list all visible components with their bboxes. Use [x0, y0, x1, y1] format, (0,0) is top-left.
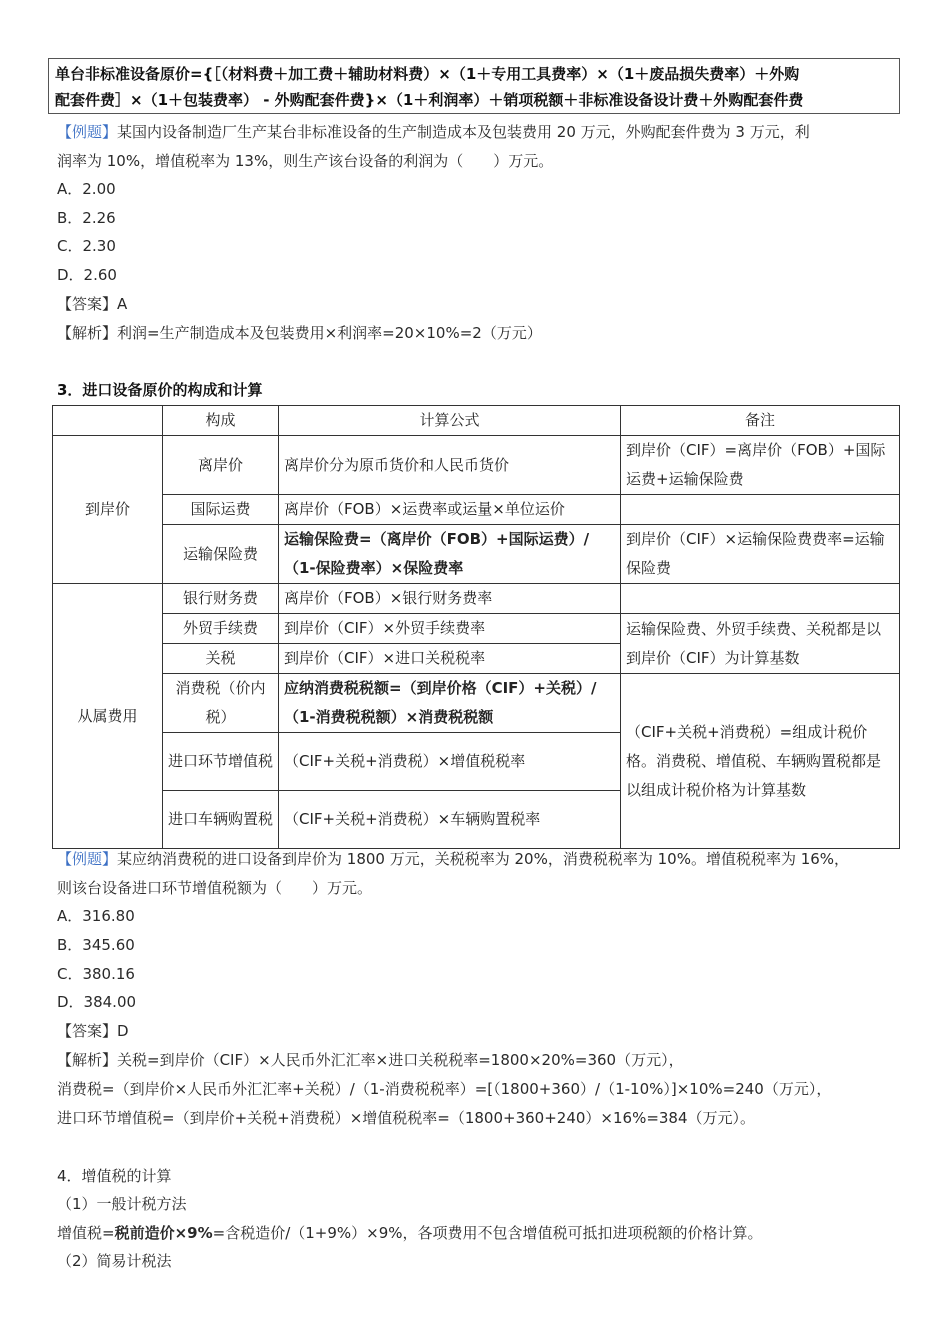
answer: 【答案】A: [57, 290, 127, 319]
section4-sub2: （2）简易计税法: [57, 1247, 172, 1276]
table-row: 消费税（价内税） 应纳消费税税额=（到岸价格（CIF）+关税）/（1-消费税税额…: [53, 674, 900, 733]
item-cell: 进口车辆购置税: [163, 791, 279, 849]
item-cell: 消费税（价内税）: [163, 674, 279, 733]
example2-text-1: 某应纳消费税的进口设备到岸价为 1800 万元，关税税率为 20%，消费税税率为…: [117, 850, 849, 868]
example-tag: 【例题】: [57, 123, 117, 141]
note-cell: [621, 584, 900, 614]
analysis: 【解析】利润=生产制造成本及包装费用×利润率=20×10%=2（万元）: [57, 319, 542, 348]
vat-formula-prefix: 增值税=: [57, 1224, 115, 1242]
item-cell: 运输保险费: [163, 525, 279, 584]
option-c: C．380.16: [57, 960, 135, 989]
formula-cell: 离岸价分为原币货价和人民币货价: [279, 436, 621, 495]
header-cell: [53, 406, 163, 436]
formula-cell: 到岸价（CIF）×进口关税税率: [279, 644, 621, 674]
item-cell: 国际运费: [163, 495, 279, 525]
table-row: 从属费用 银行财务费 离岸价（FOB）×银行财务费率: [53, 584, 900, 614]
example1-question-line2: 润率为 10%，增值税率为 13%，则生产该台设备的利润为（ ）万元。: [57, 147, 553, 176]
option-b: B．345.60: [57, 931, 135, 960]
item-cell: 进口环节增值税: [163, 733, 279, 791]
formula-cell: 离岸价（FOB）×运费率或运量×单位运价: [279, 495, 621, 525]
example2-question-line1: 【例题】某应纳消费税的进口设备到岸价为 1800 万元，关税税率为 20%，消费…: [57, 845, 849, 874]
analysis-line-3: 进口环节增值税=（到岸价+关税+消费税）×增值税税率=（1800+360+240…: [57, 1104, 755, 1133]
analysis-line-2: 消费税=（到岸价×人民币外汇汇率+关税）/（1-消费税税率）=[（1800+36…: [57, 1075, 831, 1104]
group-label: 从属费用: [53, 584, 163, 849]
section4-heading: 4．增值税的计算: [57, 1162, 172, 1191]
vat-formula-suffix: =含税造价/（1+9%）×9%，各项费用不包含增值税可抵扣进项税额的价格计算。: [213, 1224, 763, 1242]
item-cell: 外贸手续费: [163, 614, 279, 644]
formula-cell: 到岸价（CIF）×外贸手续费率: [279, 614, 621, 644]
group-label: 到岸价: [53, 436, 163, 584]
option-c: C．2.30: [57, 232, 116, 261]
note-cell: 到岸价（CIF）×运输保险费费率=运输保险费: [621, 525, 900, 584]
vat-formula: 增值税=税前造价×9%=含税造价/（1+9%）×9%，各项费用不包含增值税可抵扣…: [57, 1219, 763, 1248]
table-row: 国际运费 离岸价（FOB）×运费率或运量×单位运价: [53, 495, 900, 525]
option-d: D．2.60: [57, 261, 117, 290]
formula-cell: （CIF+关税+消费税）×车辆购置税率: [279, 791, 621, 849]
note-cell: [621, 495, 900, 525]
formula-cell: （CIF+关税+消费税）×增值税税率: [279, 733, 621, 791]
formula-cell: 运输保险费=（离岸价（FOB）+国际运费）/（1-保险费率）×保险费率: [279, 525, 621, 584]
header-cell: 备注: [621, 406, 900, 436]
item-cell: 关税: [163, 644, 279, 674]
table-row: 外贸手续费 到岸价（CIF）×外贸手续费率 运输保险费、外贸手续费、关税都是以到…: [53, 614, 900, 644]
formula-cell: 应纳消费税税额=（到岸价格（CIF）+关税）/（1-消费税税额）×消费税税额: [279, 674, 621, 733]
table-row: 到岸价 离岸价 离岸价分为原币货价和人民币货价 到岸价（CIF）=离岸价（FOB…: [53, 436, 900, 495]
note-cell: 到岸价（CIF）=离岸价（FOB）+国际运费+运输保险费: [621, 436, 900, 495]
formula-line-1: 单台非标准设备原价={［（材料费＋加工费＋辅助材料费）×（1＋专用工具费率）×（…: [55, 61, 893, 87]
note-cell: 运输保险费、外贸手续费、关税都是以到岸价（CIF）为计算基数: [621, 614, 900, 674]
option-b: B．2.26: [57, 204, 116, 233]
analysis-line-1: 【解析】关税=到岸价（CIF）×人民币外汇汇率×进口关税税率=1800×20%=…: [57, 1046, 684, 1075]
header-cell: 计算公式: [279, 406, 621, 436]
answer: 【答案】D: [57, 1017, 129, 1046]
table-row: 运输保险费 运输保险费=（离岸价（FOB）+国际运费）/（1-保险费率）×保险费…: [53, 525, 900, 584]
formula-box: 单台非标准设备原价={［（材料费＋加工费＋辅助材料费）×（1＋专用工具费率）×（…: [48, 58, 900, 114]
formula-cell: 离岸价（FOB）×银行财务费率: [279, 584, 621, 614]
note-cell: （CIF+关税+消费税）=组成计税价格。消费税、增值税、车辆购置税都是以组成计税…: [621, 674, 900, 849]
example2-question-line2: 则该台设备进口环节增值税额为（ ）万元。: [57, 874, 372, 903]
section4-sub1: （1）一般计税方法: [57, 1190, 187, 1219]
option-a: A．316.80: [57, 902, 135, 931]
example1-text-1: 某国内设备制造厂生产某台非标准设备的生产制造成本及包装费用 20 万元，外购配套…: [117, 123, 810, 141]
vat-formula-bold: 税前造价×9%: [115, 1224, 213, 1242]
option-a: A．2.00: [57, 175, 116, 204]
example1-question-line1: 【例题】某国内设备制造厂生产某台非标准设备的生产制造成本及包装费用 20 万元，…: [57, 118, 810, 147]
option-d: D．384.00: [57, 988, 136, 1017]
table-header-row: 构成 计算公式 备注: [53, 406, 900, 436]
header-cell: 构成: [163, 406, 279, 436]
formula-line-2: 配套件费］×（1＋包装费率） - 外购配套件费}×（1＋利润率）＋销项税额＋非标…: [55, 87, 893, 113]
import-equipment-table: 构成 计算公式 备注 到岸价 离岸价 离岸价分为原币货价和人民币货价 到岸价（C…: [52, 405, 900, 849]
item-cell: 银行财务费: [163, 584, 279, 614]
section3-heading: 3．进口设备原价的构成和计算: [57, 376, 262, 405]
item-cell: 离岸价: [163, 436, 279, 495]
example-tag: 【例题】: [57, 850, 117, 868]
